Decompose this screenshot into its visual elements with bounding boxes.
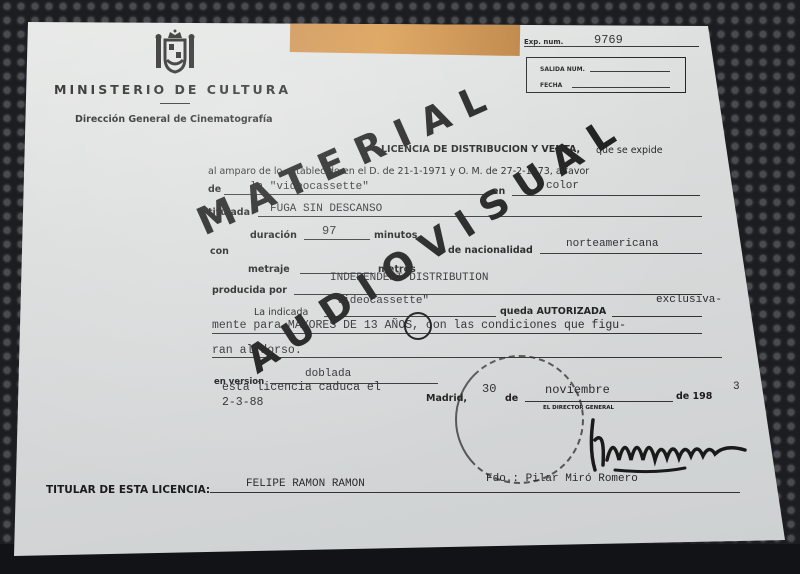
titular-label: TITULAR DE ESTA LICENCIA: bbox=[46, 484, 210, 496]
dorso-underline bbox=[212, 357, 722, 358]
exp-num-line bbox=[524, 46, 699, 47]
exp-num-label: Exp. num. bbox=[524, 38, 563, 46]
titular-value: FELIPE RAMON RAMON bbox=[246, 478, 365, 490]
version-value: doblada bbox=[305, 368, 351, 380]
signature-icon bbox=[585, 410, 755, 480]
salida-box bbox=[526, 57, 686, 93]
version-line bbox=[270, 383, 438, 384]
indicada-value: "videocassette" bbox=[330, 295, 429, 307]
titulada-label: titulada bbox=[208, 207, 250, 218]
titular-line bbox=[210, 492, 740, 493]
caduca-line: esta licencia caduca el bbox=[222, 381, 381, 394]
duracion-value: 97 bbox=[322, 224, 336, 238]
day-value: 30 bbox=[482, 382, 496, 396]
de-word: de bbox=[505, 393, 518, 404]
salida-label: SALIDA NUM. bbox=[540, 66, 585, 73]
age-restriction-underline bbox=[212, 333, 702, 334]
fecha-label: FECHA bbox=[540, 82, 562, 89]
indicada-label: La indicada bbox=[254, 307, 308, 318]
nacionalidad-value: norteamericana bbox=[566, 238, 658, 250]
autorizada-line bbox=[612, 316, 702, 317]
autorizada-value: exclusiva- bbox=[656, 294, 722, 306]
metraje-label: metraje bbox=[248, 264, 290, 275]
en-line bbox=[512, 195, 700, 196]
en-label: en bbox=[492, 186, 505, 197]
material-stamp: MATERIAL bbox=[190, 72, 505, 244]
en-value: color bbox=[546, 180, 579, 192]
caduca-date: 2-3-88 bbox=[222, 396, 263, 409]
year-digit: 3 bbox=[733, 381, 740, 393]
license-document: MINISTERIO DE CULTURA Dirección General … bbox=[0, 0, 800, 574]
exp-num-value: 9769 bbox=[594, 33, 623, 47]
de-label: de bbox=[208, 184, 221, 195]
version-label: en version bbox=[214, 377, 264, 387]
metraje-line bbox=[300, 273, 374, 274]
license-title-tail: que se expide bbox=[596, 145, 663, 156]
age-restriction-line: mente para MAYORES DE 13 AÑOS, con las c… bbox=[212, 319, 626, 332]
metros-label: metros bbox=[378, 264, 416, 275]
de-value: la "videocassette" bbox=[250, 181, 369, 193]
divider bbox=[160, 103, 190, 104]
director-label: EL DIRECTOR GENERAL bbox=[543, 405, 614, 411]
duracion-label: duración bbox=[250, 230, 297, 241]
ministry-title: MINISTERIO DE CULTURA bbox=[54, 82, 291, 97]
nacionalidad-line bbox=[540, 253, 702, 254]
month-value: noviembre bbox=[545, 383, 610, 397]
age-circle-mark bbox=[404, 312, 432, 340]
coat-of-arms-icon bbox=[150, 28, 200, 76]
place-label: Madrid, bbox=[426, 393, 467, 404]
producida-value: INDEPENDENT DISTRIBUTION bbox=[330, 272, 488, 284]
salida-line bbox=[590, 71, 670, 72]
director-name: Fdo.: Pilar Miró Romero bbox=[486, 473, 638, 485]
department-title: Dirección General de Cinematografía bbox=[75, 114, 273, 125]
legal-basis-line: al amparo de lo establecido en el D. de … bbox=[208, 166, 589, 177]
date-line bbox=[525, 401, 673, 402]
titulada-value: FUGA SIN DESCANSO bbox=[270, 203, 382, 215]
con-label: con bbox=[210, 246, 229, 257]
adhesive-tape bbox=[290, 20, 521, 56]
producida-label: producida por bbox=[212, 285, 287, 296]
year-label: de 198 bbox=[676, 391, 712, 402]
audiovisual-stamp: AUDIOVISUAL bbox=[238, 103, 635, 382]
official-seal bbox=[455, 355, 584, 484]
minutos-label: minutos bbox=[374, 230, 417, 241]
fecha-line bbox=[572, 87, 670, 88]
producida-line bbox=[294, 294, 702, 295]
titulada-line bbox=[258, 216, 702, 217]
autorizada-label: queda AUTORIZADA bbox=[500, 306, 606, 317]
nacionalidad-label: de nacionalidad bbox=[448, 245, 533, 256]
license-title: LICENCIA DE DISTRIBUCION Y VENTA, bbox=[381, 144, 580, 155]
de-line bbox=[224, 194, 486, 195]
duracion-line bbox=[304, 239, 370, 240]
indicada-line bbox=[324, 316, 496, 317]
dorso-line: ran al dorso. bbox=[212, 344, 302, 357]
